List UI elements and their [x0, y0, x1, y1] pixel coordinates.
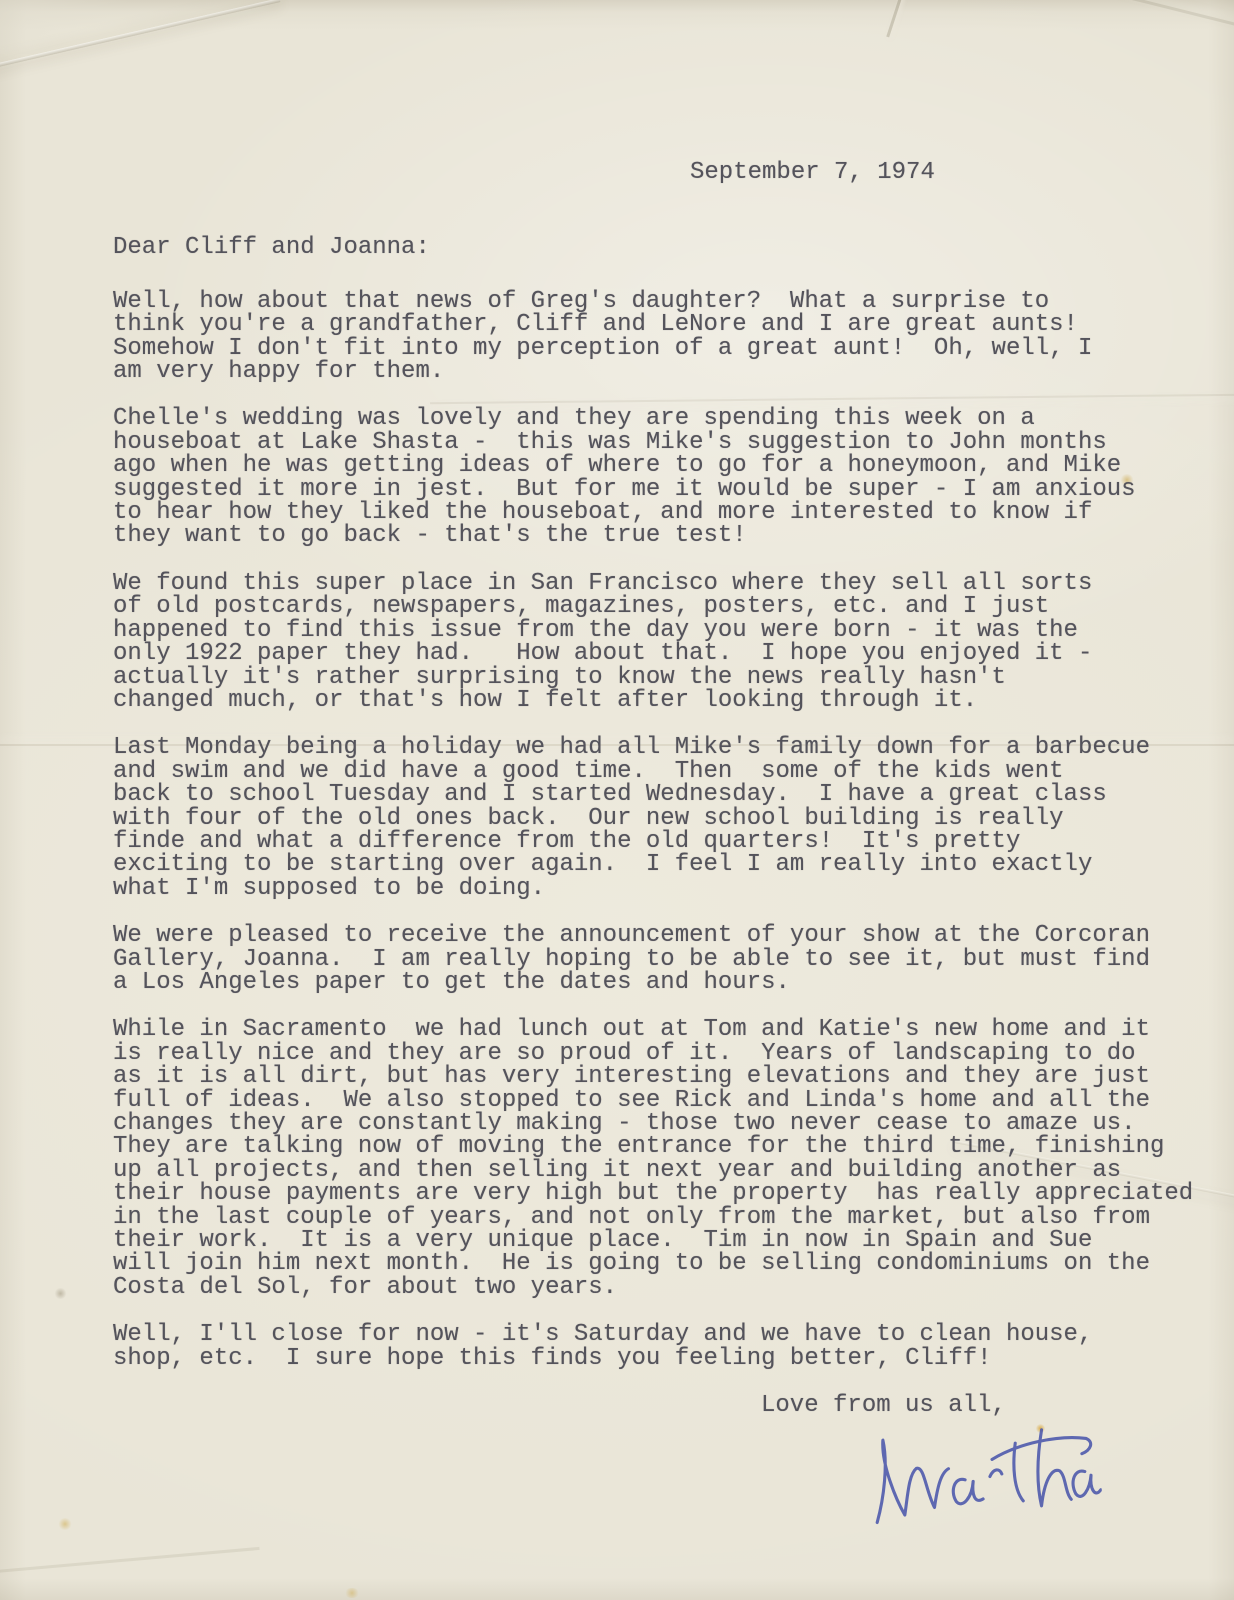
letter-date: September 7, 1974	[690, 161, 1234, 184]
paper-corner-fold	[0, 0, 140, 54]
signature-ink-drawing	[858, 1413, 1104, 1540]
letter-body: September 7, 1974 Dear Cliff and Joanna:…	[113, 161, 1234, 1537]
letter-paragraph-3: We found this super place in San Francis…	[113, 572, 1234, 712]
letter-paragraph-2: Chelle's wedding was lovely and they are…	[113, 407, 1234, 547]
age-spot	[54, 1288, 67, 1299]
letter-paragraph-5: We were pleased to receive the announcem…	[113, 924, 1234, 994]
age-spot	[344, 1588, 360, 1598]
paper-crease	[1053, 0, 1234, 34]
letter-page: September 7, 1974 Dear Cliff and Joanna:…	[0, 0, 1234, 1600]
letter-paragraph-4: Last Monday being a holiday we had all M…	[113, 736, 1234, 900]
paper-crease	[886, 0, 902, 37]
letter-greeting: Dear Cliff and Joanna:	[113, 236, 1234, 259]
age-spot	[58, 1518, 72, 1530]
paper-crease	[0, 0, 280, 74]
paper-crease	[0, 1547, 260, 1576]
letter-closing: Love from us all,	[761, 1394, 1234, 1417]
letter-paragraph-6: While in Sacramento we had lunch out at …	[113, 1018, 1234, 1299]
signature-martha: Martha	[858, 1413, 1104, 1543]
letter-paragraph-1: Well, how about that news of Greg's daug…	[113, 290, 1234, 384]
letter-paragraph-7: Well, I'll close for now - it's Saturday…	[113, 1323, 1234, 1370]
